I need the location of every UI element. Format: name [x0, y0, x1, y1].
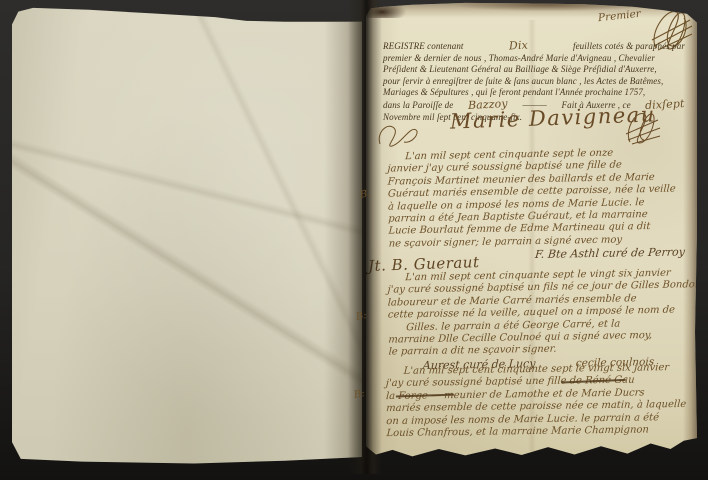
margin-mark: B: — [355, 310, 367, 323]
register-entry: L'an mil sept cent cinquante sept le vin… — [385, 362, 686, 441]
margin-mark: B: — [353, 388, 365, 401]
margin-mark: B. — [359, 188, 371, 201]
left-blank-page — [12, 6, 362, 470]
corner-label: Premier — [597, 8, 641, 24]
header-text: dans la Paroiſſe de — [383, 100, 453, 112]
header-line-1: REGISTRE contenant Dix feuillets cotés &… — [383, 40, 685, 53]
paraph-flourish-icon — [622, 106, 662, 146]
archival-scan: Premier REGISTRE contenant Dix feuillets… — [0, 0, 708, 480]
register-entry: L'an mil sept cent cinquante sept le vin… — [387, 267, 685, 372]
header-line-3: Préſident & Lieutenant Général au Bailli… — [383, 64, 685, 76]
handwritten-count: Dix — [509, 40, 528, 53]
header-line-2: premier & dernier de nous , Thomas-André… — [383, 53, 685, 65]
header-text: REGISTRE contenant — [383, 41, 464, 53]
header-line-5: Mariages & Sépultures , qui ſe feront pe… — [383, 87, 685, 99]
header-line-4: pour ſervir à enregiſtrer de ſuite & ſan… — [383, 76, 685, 88]
header-text: feuillets cotés & paraphés par — [573, 41, 685, 53]
register-entry: L'an mil sept cent cinquante sept le onz… — [387, 146, 685, 264]
right-register-page: Premier REGISTRE contenant Dix feuillets… — [366, 2, 697, 460]
paraph-flourish-icon — [376, 120, 420, 150]
